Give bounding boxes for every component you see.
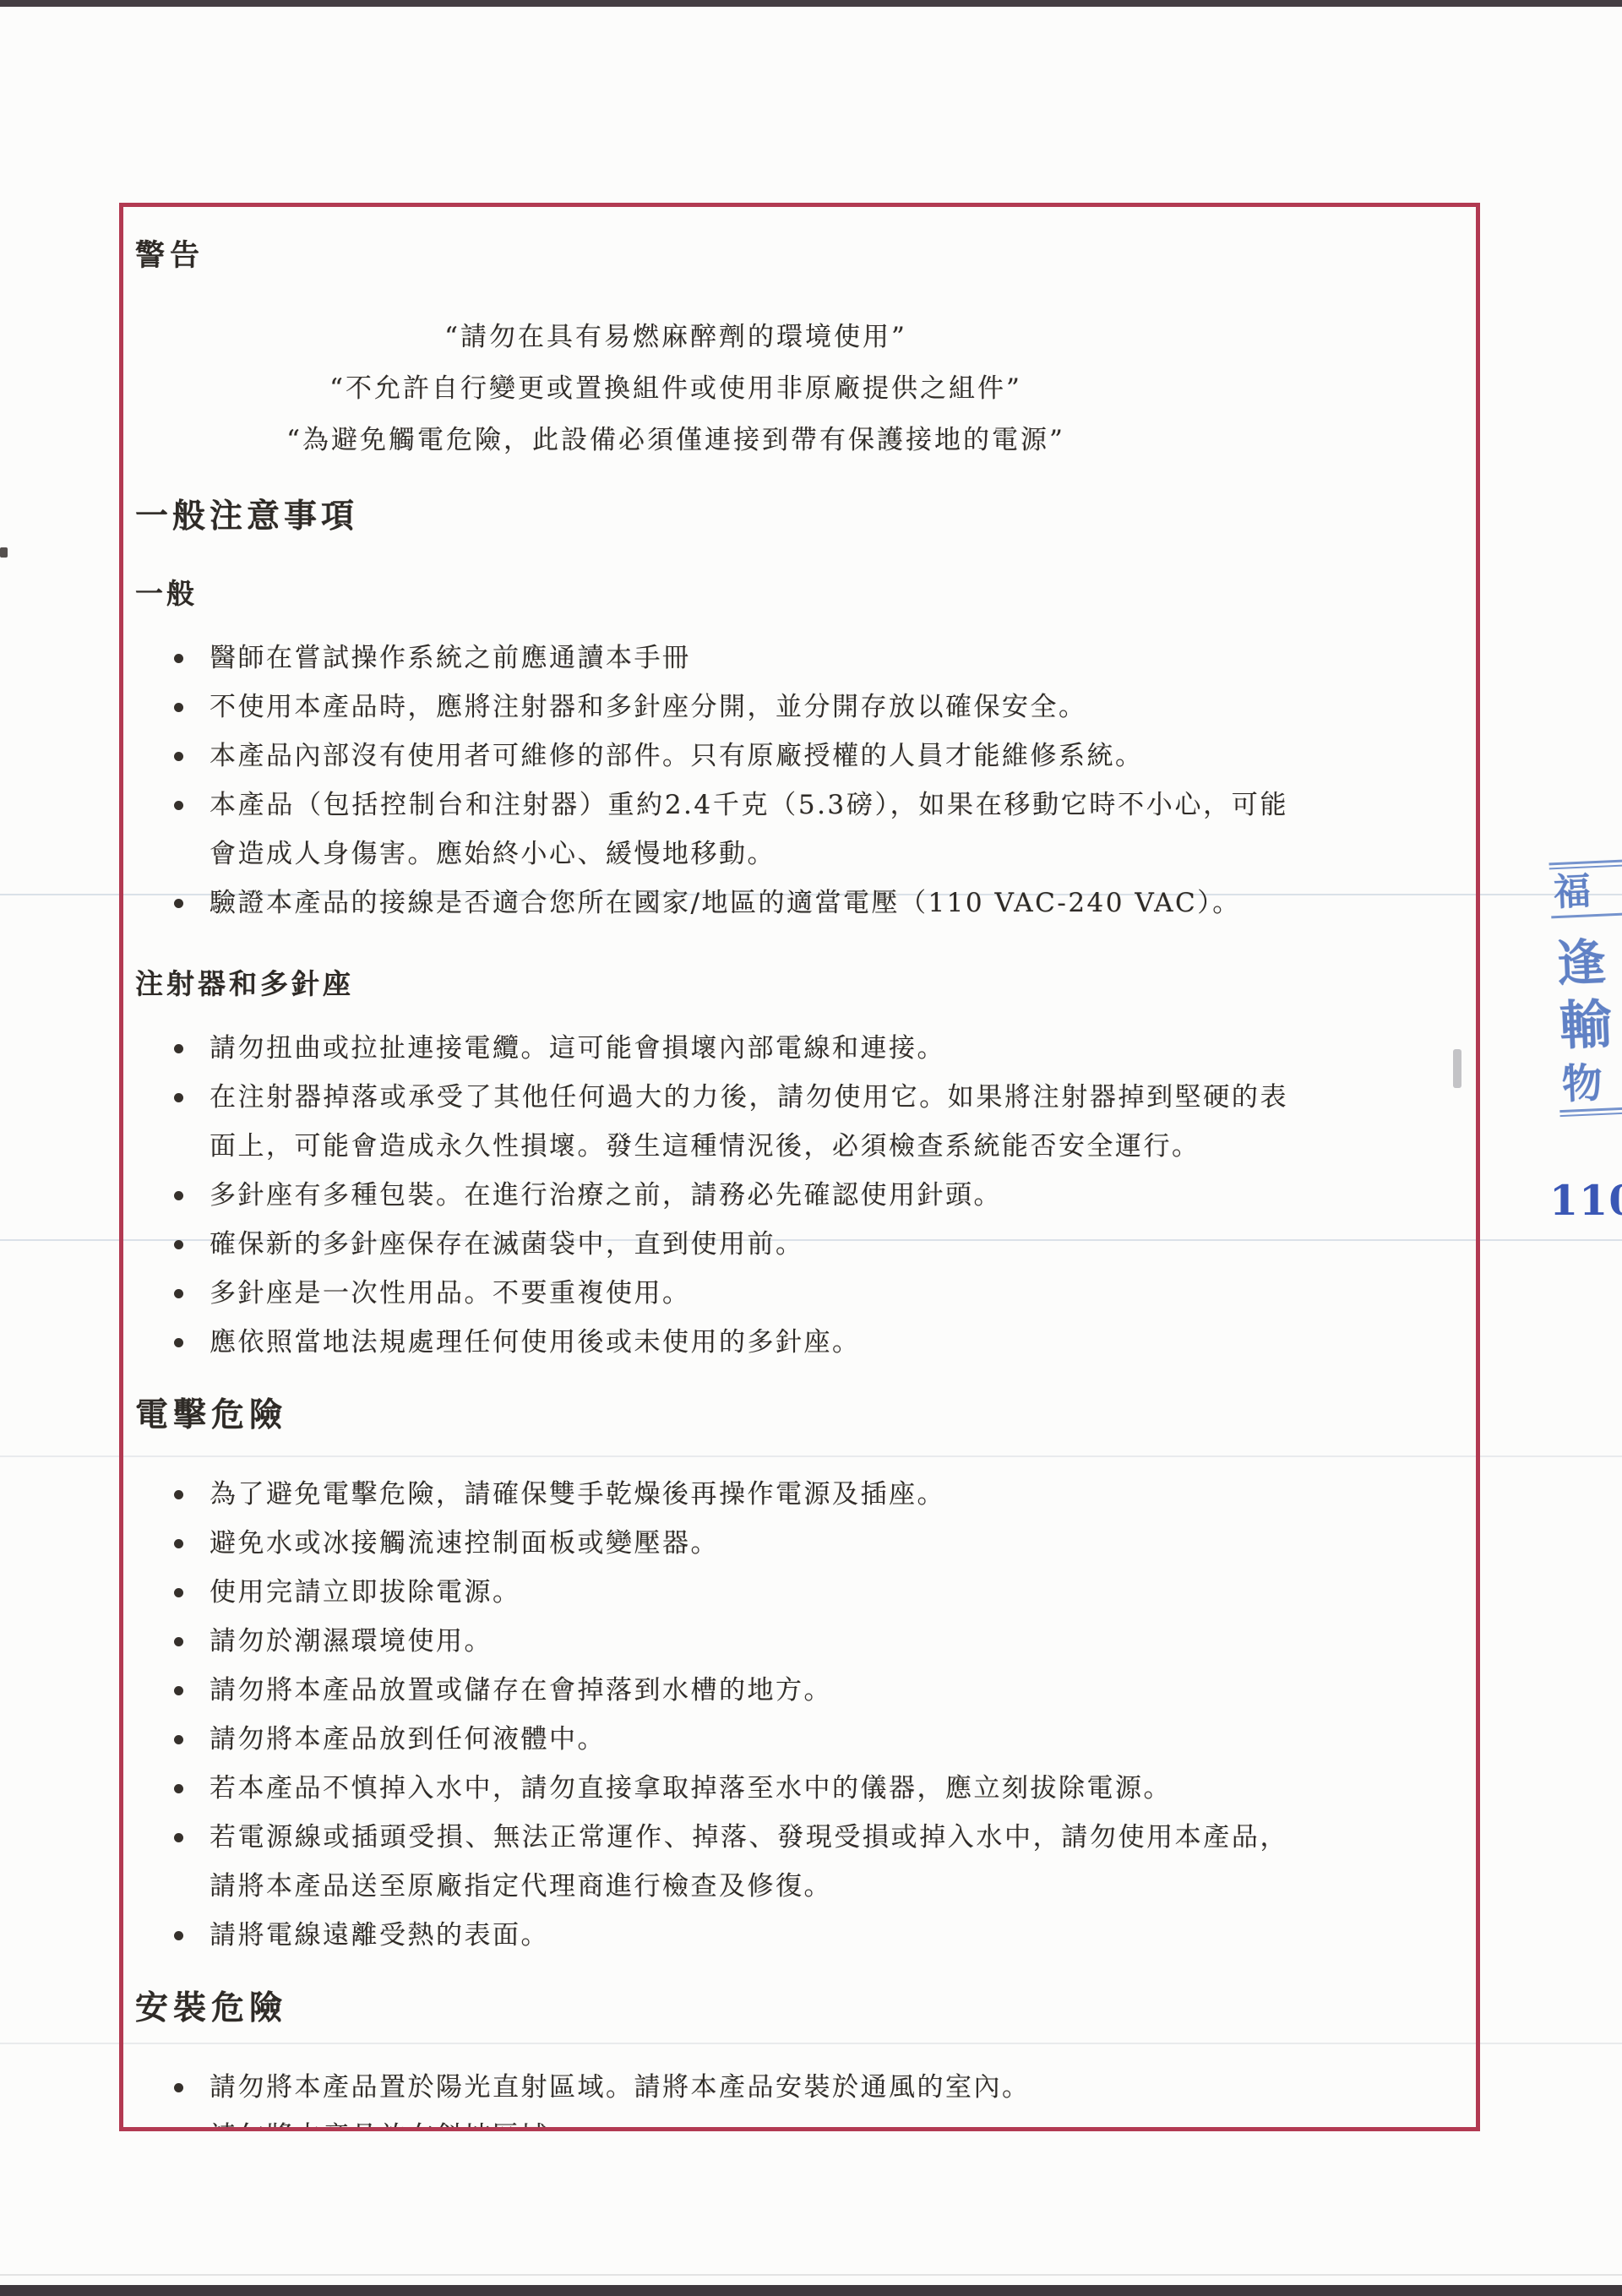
bullet-marker-icon bbox=[174, 1044, 183, 1053]
section: 電擊危險為了避免電擊危險，請確保雙手乾燥後再操作電源及插座。避免水或冰接觸流速控… bbox=[135, 1394, 1442, 1960]
section: 安裝危險請勿將本產品置於陽光直射區域。請將本產品安裝於通風的室內。請勿將本產品放… bbox=[135, 1987, 1442, 2131]
bullet-text: 本產品內部沒有使用者可維修的部件。只有原廠授權的人員才能維修系統。 bbox=[210, 741, 1144, 771]
bullet-list: 為了避免電擊危險，請確保雙手乾燥後再操作電源及插座。避免水或冰接觸流速控制面板或… bbox=[135, 1470, 1288, 1960]
stamp-character: 福 bbox=[1549, 867, 1622, 914]
bullet-item: 確保新的多針座保存在滅菌袋中，直到使用前。 bbox=[135, 1220, 1288, 1269]
bullet-marker-icon bbox=[174, 1833, 183, 1842]
bullet-marker-icon bbox=[174, 801, 183, 810]
bullet-marker-icon bbox=[174, 1588, 183, 1597]
bullet-item: 請將電線遠離受熱的表面。 bbox=[135, 1911, 1288, 1960]
bullet-item: 請勿將本產品置於陽光直射區域。請將本產品安裝於通風的室內。 bbox=[135, 2063, 1288, 2112]
scanner-edge-band-bottom bbox=[0, 2285, 1622, 2296]
bullet-marker-icon bbox=[174, 1735, 183, 1744]
bullet-text: 多針座是一次性用品。不要重複使用。 bbox=[210, 1278, 691, 1309]
bullet-item: 請勿將本產品放置或儲存在會掉落到水槽的地方。 bbox=[135, 1666, 1288, 1715]
stamp-border-line bbox=[1549, 857, 1622, 866]
bullet-marker-icon bbox=[174, 1338, 183, 1347]
bullet-text: 若電源線或插頭受損、無法正常運作、掉落、發現受損或掉入水中，請勿使用本產品，請將… bbox=[210, 1822, 1288, 1902]
bullet-text: 請勿將本產品放置或儲存在會掉落到水槽的地方。 bbox=[210, 1675, 832, 1706]
section: 注射器和多針座請勿扭曲或拉扯連接電纜。這可能會損壞內部電線和連接。在注射器掉落或… bbox=[135, 966, 1442, 1367]
section: 一般醫師在嘗試操作系統之前應通讀本手冊不使用本產品時，應將注射器和多針座分開，並… bbox=[135, 576, 1442, 928]
section-title: 安裝危險 bbox=[135, 1987, 1442, 2029]
scanner-edge-band-top bbox=[0, 0, 1622, 7]
bullet-item: 在注射器掉落或承受了其他任何過大的力後，請勿使用它。如果將注射器掉到堅硬的表面上… bbox=[135, 1073, 1288, 1171]
bullet-text: 避免水或冰接觸流速控制面板或變壓器。 bbox=[210, 1528, 719, 1559]
bullet-marker-icon bbox=[174, 899, 183, 908]
bullet-text: 若本產品不慎掉入水中，請勿直接拿取掉落至水中的儀器，應立刻拔除電源。 bbox=[210, 1773, 1172, 1804]
bullet-marker-icon bbox=[174, 1289, 183, 1298]
bullet-text: 請勿將本產品放到任何液體中。 bbox=[210, 1724, 606, 1755]
bullet-list: 醫師在嘗試操作系統之前應通讀本手冊不使用本產品時，應將注射器和多針座分開，並分開… bbox=[135, 634, 1288, 928]
stamp-character: 物 bbox=[1558, 1057, 1622, 1107]
bullet-item: 本產品（包括控制台和注射器）重約2.4千克（5.3磅），如果在移動它時不小心，可… bbox=[135, 781, 1288, 879]
general-notes-heading: 一般注意事項 bbox=[135, 495, 1442, 537]
bullet-item: 本產品內部沒有使用者可維修的部件。只有原廠授權的人員才能維修系統。 bbox=[135, 732, 1288, 781]
bullet-text: 在注射器掉落或承受了其他任何過大的力後，請勿使用它。如果將注射器掉到堅硬的表面上… bbox=[210, 1082, 1288, 1162]
bullet-marker-icon bbox=[174, 1784, 183, 1793]
section-title: 電擊危險 bbox=[135, 1394, 1442, 1436]
bullet-marker-icon bbox=[174, 1686, 183, 1695]
bullet-text: 請將電線遠離受熱的表面。 bbox=[210, 1920, 549, 1951]
bullet-text: 為了避免電擊危險，請確保雙手乾燥後再操作電源及插座。 bbox=[210, 1479, 945, 1510]
warning-quote: “為避免觸電危險，此設備必須僅連接到帶有保護接地的電源” bbox=[135, 415, 1216, 466]
bullet-marker-icon bbox=[174, 1490, 183, 1499]
bullet-list: 請勿將本產品置於陽光直射區域。請將本產品安裝於通風的室內。請勿將本產品放在斜坡區… bbox=[135, 2063, 1288, 2131]
stamp-number: 110. bbox=[1549, 1176, 1622, 1225]
bullet-item: 多針座有多種包裝。在進行治療之前，請務必先確認使用針頭。 bbox=[135, 1171, 1288, 1220]
bullet-item: 請勿於潮濕環境使用。 bbox=[135, 1617, 1288, 1666]
bullet-text: 請勿於潮濕環境使用。 bbox=[210, 1626, 493, 1657]
bullet-item: 避免水或冰接觸流速控制面板或變壓器。 bbox=[135, 1519, 1288, 1568]
bullet-item: 應依照當地法規處理任何使用後或未使用的多針座。 bbox=[135, 1318, 1288, 1367]
warning-quotes: “請勿在具有易燃麻醉劑的環境使用”“不允許自行變更或置換組件或使用非原廠提供之組… bbox=[135, 312, 1216, 466]
bullet-marker-icon bbox=[174, 752, 183, 761]
bullet-text: 確保新的多針座保存在滅菌袋中，直到使用前。 bbox=[210, 1229, 804, 1260]
bullet-item: 若電源線或插頭受損、無法正常運作、掉落、發現受損或掉入水中，請勿使用本產品，請將… bbox=[135, 1813, 1288, 1911]
bullet-text: 請勿將本產品放在斜坡區域。 bbox=[210, 2121, 578, 2131]
bullet-text: 本產品（包括控制台和注射器）重約2.4千克（5.3磅），如果在移動它時不小心，可… bbox=[210, 790, 1288, 869]
bullet-item: 若本產品不慎掉入水中，請勿直接拿取掉落至水中的儀器，應立刻拔除電源。 bbox=[135, 1764, 1288, 1813]
bullet-marker-icon bbox=[174, 1093, 183, 1102]
bullet-text: 多針座有多種包裝。在進行治療之前，請務必先確認使用針頭。 bbox=[210, 1180, 1002, 1211]
section-title: 一般 bbox=[135, 576, 1442, 612]
warning-box: 警告 “請勿在具有易燃麻醉劑的環境使用”“不允許自行變更或置換組件或使用非原廠提… bbox=[119, 203, 1480, 2131]
bullet-item: 多針座是一次性用品。不要重複使用。 bbox=[135, 1269, 1288, 1318]
bullet-marker-icon bbox=[174, 1539, 183, 1548]
bullet-marker-icon bbox=[174, 1191, 183, 1200]
ink-stamp: 福 逢 輸 物 bbox=[1549, 855, 1622, 1120]
scan-edge-mark bbox=[0, 547, 8, 558]
bullet-text: 請勿扭曲或拉扯連接電纜。這可能會損壞內部電線和連接。 bbox=[210, 1033, 945, 1064]
bullet-text: 驗證本產品的接線是否適合您所在國家/地區的適當電壓（110 VAC-240 VA… bbox=[210, 888, 1241, 918]
bullet-list: 請勿扭曲或拉扯連接電纜。這可能會損壞內部電線和連接。在注射器掉落或承受了其他任何… bbox=[135, 1024, 1288, 1367]
stamp-character: 逢 bbox=[1552, 932, 1622, 992]
bullet-marker-icon bbox=[174, 654, 183, 663]
warning-quote: “請勿在具有易燃麻醉劑的環境使用” bbox=[135, 312, 1216, 363]
bullet-marker-icon bbox=[174, 1637, 183, 1646]
bullet-marker-icon bbox=[174, 703, 183, 712]
bullet-item: 請勿將本產品放在斜坡區域。 bbox=[135, 2112, 1288, 2131]
bullet-item: 不使用本產品時，應將注射器和多針座分開，並分開存放以確保安全。 bbox=[135, 683, 1288, 732]
bullet-text: 應依照當地法規處理任何使用後或未使用的多針座。 bbox=[210, 1327, 861, 1357]
bullet-item: 請勿扭曲或拉扯連接電纜。這可能會損壞內部電線和連接。 bbox=[135, 1024, 1288, 1073]
scanned-document-page: 警告 “請勿在具有易燃麻醉劑的環境使用”“不允許自行變更或置換組件或使用非原廠提… bbox=[0, 0, 1622, 2296]
bullet-item: 使用完請立即拔除電源。 bbox=[135, 1568, 1288, 1617]
bullet-text: 請勿將本產品置於陽光直射區域。請將本產品安裝於通風的室內。 bbox=[210, 2072, 1031, 2103]
bullet-item: 請勿將本產品放到任何液體中。 bbox=[135, 1715, 1288, 1764]
bullet-marker-icon bbox=[174, 1931, 183, 1940]
bullet-text: 不使用本產品時，應將注射器和多針座分開，並分開存放以確保安全。 bbox=[210, 692, 1087, 722]
warning-quote: “不允許自行變更或置換組件或使用非原廠提供之組件” bbox=[135, 363, 1216, 415]
bullet-text: 使用完請立即拔除電源。 bbox=[210, 1577, 521, 1608]
sections: 一般醫師在嘗試操作系統之前應通讀本手冊不使用本產品時，應將注射器和多針座分開，並… bbox=[135, 576, 1442, 2131]
bullet-item: 醫師在嘗試操作系統之前應通讀本手冊 bbox=[135, 634, 1288, 683]
bullet-item: 為了避免電擊危險，請確保雙手乾燥後再操作電源及插座。 bbox=[135, 1470, 1288, 1519]
section-title: 注射器和多針座 bbox=[135, 966, 1442, 1002]
warning-title: 警告 bbox=[135, 237, 1442, 275]
bullet-item: 驗證本產品的接線是否適合您所在國家/地區的適當電壓（110 VAC-240 VA… bbox=[135, 879, 1288, 928]
stamp-character: 輸 bbox=[1554, 992, 1622, 1056]
bullet-text: 醫師在嘗試操作系統之前應通讀本手冊 bbox=[210, 643, 691, 673]
bullet-marker-icon bbox=[174, 2083, 183, 2092]
bullet-marker-icon bbox=[174, 1240, 183, 1249]
scan-artifact-line bbox=[0, 2274, 1622, 2276]
